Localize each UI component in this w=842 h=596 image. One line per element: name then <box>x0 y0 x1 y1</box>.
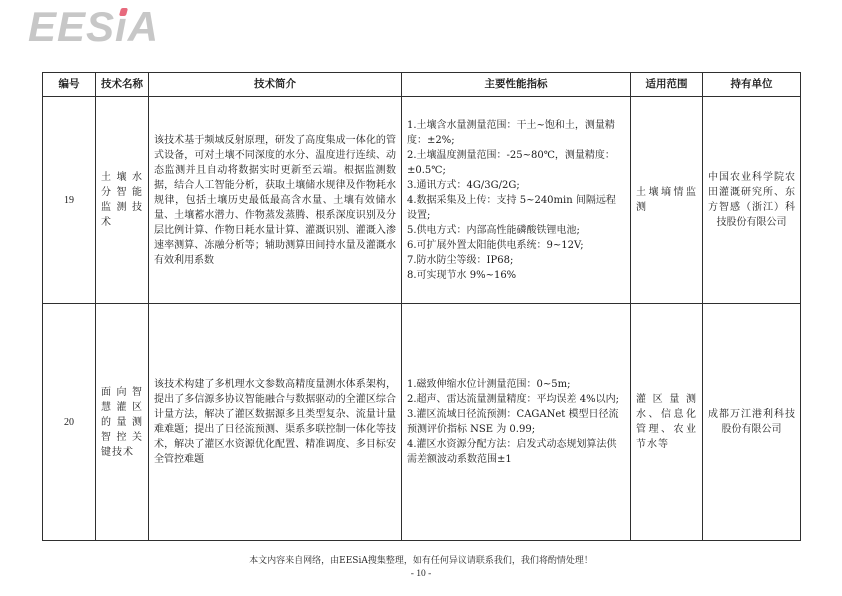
header-id: 编号 <box>43 73 96 97</box>
logo-text-prefix: EES <box>28 3 115 50</box>
indicator-line: 2.土壤温度测量范围：-25~80℃，测量精度：±0.5℃; <box>407 148 625 178</box>
row19-tech-intro: 该技术基于频域反射原理，研发了高度集成一体化的管式设备，可对土壤不同深度的水分、… <box>149 97 402 304</box>
indicator-line: 4.灌区水资源分配方法：启发式动态规划算法供需差额波动系数范围±1 <box>407 437 625 467</box>
row20-holder: 成都万江港利科技股份有限公司 <box>703 304 801 541</box>
row19-performance: 1.土壤含水量测量范围：干土~饱和土，测量精度：±2%; 2.土壤温度测量范围：… <box>402 97 631 304</box>
table-header-row: 编号 技术名称 技术简介 主要性能指标 适用范围 持有单位 <box>43 73 801 97</box>
logo-letter-i: ı <box>115 4 128 50</box>
row19-tech-name: 土壤水分智能监测技术 <box>96 97 149 304</box>
indicator-line: 5.供电方式：内部高性能磷酸铁锂电池; <box>407 223 625 238</box>
table-row: 20 面向智慧灌区的量测智控关键技术 该技术构建了多机理水文参数高精度量测水体系… <box>43 304 801 541</box>
logo-text-suffix: A <box>128 3 159 50</box>
header-holder: 持有单位 <box>703 73 801 97</box>
row20-id: 20 <box>43 304 96 541</box>
page-number: - 10 - <box>0 569 842 579</box>
row19-holder: 中国农业科学院农田灌溉研究所、东方智感（浙江）科技股份有限公司 <box>703 97 801 304</box>
header-tech-name: 技术名称 <box>96 73 149 97</box>
row19-scope: 土壤墒情监测 <box>631 97 703 304</box>
row20-tech-intro: 该技术构建了多机理水文参数高精度量测水体系架构，提出了多信源多协议智能融合与数据… <box>149 304 402 541</box>
eesia-logo: EESıA <box>28 4 159 50</box>
row20-scope: 灌区量测水、信息化管理、农业节水等 <box>631 304 703 541</box>
indicator-line: 7.防水防尘等级：IP68; <box>407 253 625 268</box>
indicator-line: 6.可扩展外置太阳能供电系统：9~12V; <box>407 238 625 253</box>
document-page: EESıA 编号 技术名称 技术简介 主要性能指标 适用范围 持有单位 19 土… <box>0 0 842 596</box>
indicator-line: 4.数据采集及上传：支持 5~240min 间隔远程设置; <box>407 193 625 223</box>
technology-table: 编号 技术名称 技术简介 主要性能指标 适用范围 持有单位 19 土壤水分智能监… <box>42 72 801 541</box>
indicator-line: 3.灌区流域日径流预测：CAGANet 模型日径流预测评价指标 NSE 为 0.… <box>407 407 625 437</box>
indicator-line: 8.可实现节水 9%~16% <box>407 268 625 283</box>
header-scope: 适用范围 <box>631 73 703 97</box>
row20-tech-name: 面向智慧灌区的量测智控关键技术 <box>96 304 149 541</box>
table-row: 19 土壤水分智能监测技术 该技术基于频域反射原理，研发了高度集成一体化的管式设… <box>43 97 801 304</box>
indicator-line: 1.土壤含水量测量范围：干土~饱和土，测量精度：±2%; <box>407 118 625 148</box>
row19-id: 19 <box>43 97 96 304</box>
indicator-line: 1.磁致伸缩水位计测量范围：0~5m; <box>407 377 625 392</box>
indicator-line: 2.超声、雷达流量测量精度：平均误差 4%以内; <box>407 392 625 407</box>
footer-disclaimer: 本文内容来自网络，由EESiA搜集整理，如有任何异议请联系我们，我们将酌情处理！ <box>0 555 842 567</box>
header-tech-intro: 技术简介 <box>149 73 402 97</box>
row20-performance: 1.磁致伸缩水位计测量范围：0~5m; 2.超声、雷达流量测量精度：平均误差 4… <box>402 304 631 541</box>
header-performance: 主要性能指标 <box>402 73 631 97</box>
indicator-line: 3.通讯方式：4G/3G/2G; <box>407 178 625 193</box>
